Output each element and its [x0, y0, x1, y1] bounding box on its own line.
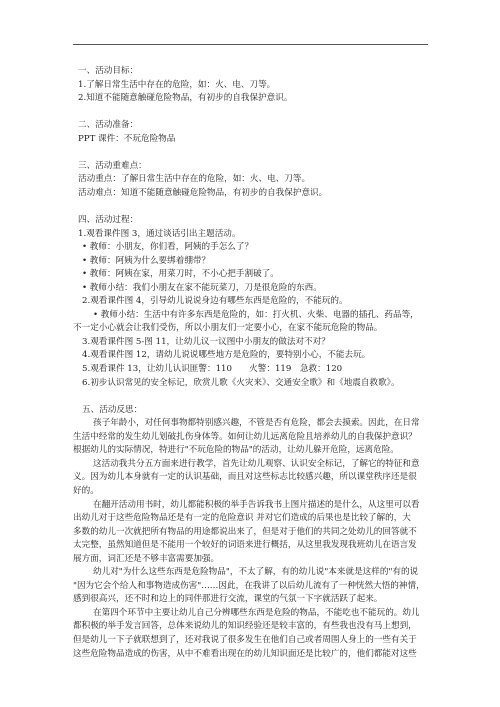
- section-heading-goals: 一、活动目标：: [78, 65, 428, 79]
- goal-line: 2.知道不能随意触碰危险物品，有初步的自我保护意识。: [78, 92, 428, 106]
- reflection-line: 在翻开活动用书时，幼儿都能积极的举手告诉我书上图片描述的是什么，从这里可以看: [78, 499, 428, 513]
- process-line: 5.观看课件 13，让幼儿认识匪警：110 火警：119 急救：120: [78, 363, 428, 377]
- reflection-line: 出幼儿对于这些危险物品还是有一定的危险意识 并对它们造成的后果也是比较了解的，大: [73, 512, 428, 526]
- reflection-line: 这活动我共分五方面来进行教学，首先让幼儿观察、认识安全标记，了解它的特征和意: [78, 458, 428, 472]
- reflection-line: 根据幼儿的实际情况，特进行"不玩危险的物品"的活动，让幼儿躲开危险，远离危险。: [73, 444, 428, 458]
- reflection-line: 但是幼儿一下子就联想到了，还对我说了很多发生在他们自己或者周围人身上的一些有关于: [73, 634, 428, 648]
- header-rule: [73, 44, 428, 45]
- reflection-line: "因为它会个给人和事物造成伤害"……因此，在我讲了以后幼儿流有了一种恍然大悟的神…: [73, 580, 428, 594]
- process-line: 2.观看课件图 4，引导幼儿说说身边有哪些东西是危险的，不能玩的。: [78, 295, 428, 309]
- section-heading-reflection: 五、活动反思：: [78, 404, 428, 418]
- reflection-line: 好的。: [73, 485, 428, 499]
- preparation-line: PPT 课件：不玩危险物品: [78, 133, 428, 147]
- goal-line: 1.了解日常生活中存在的危险，如：火、电、刀等。: [78, 79, 428, 93]
- section-heading-key-points: 三、活动重难点：: [78, 160, 428, 174]
- process-bullet: • 教师：阿姨在家，用菜刀时，不小心把手割破了。: [78, 268, 428, 282]
- reflection-line: 义。因为幼儿本身就有一定的认识基础，而且对这些标志比较感兴趣，所以课堂秩序还是很: [73, 471, 428, 485]
- reflection-line: 在第四个环节中主要让幼儿自己分辨哪些东西是危险的物品，不能吃也不能玩的。幼儿: [78, 607, 428, 621]
- reflection-line: 太完整，虽然知道但是不能用一个较好的词语来进行概括，从这里我发现我班幼儿在语言发: [73, 539, 428, 553]
- process-line: 6.初步认识常见的安全标记，欣赏儿歌《火灾来》、交通安全歌》和《地震自救歌》。: [78, 377, 428, 391]
- reflection-line: 都积极的举手发言回答，总体来说幼儿的知识经验还是较丰富的，有些我也没有马上想到，: [73, 620, 428, 634]
- process-bullet: • 教师：小朋友，你们看，阿姨的手怎么了？: [78, 241, 428, 255]
- reflection-line: 幼儿对"为什么这些东西是危险物品"，不太了解，有的幼儿说"本来就是这样的"有的说: [78, 566, 428, 580]
- process-bullet: • 教师：阿姨为什么要绑着绷带？: [78, 255, 428, 269]
- reflection-line: 孩子年龄小，对任何事物都特别感兴趣，不管是否有危险，都会去摸索。因此，在日常: [78, 417, 428, 431]
- process-bullet: • 教师小结：我们小朋友在家不能玩菜刀，刀是很危险的东西。: [78, 282, 428, 296]
- reflection-line: 多数的幼儿一次就把所有物品的用途都说出来了，但是对于他们的共同之处幼儿的回答就不: [73, 526, 428, 540]
- process-line: 4.观看课件图 12，请幼儿说说哪些地方是危险的，要特别小心，不能去玩。: [78, 349, 428, 363]
- reflection-line: 生活中经常的发生幼儿划破扎伤身体等。如何让幼儿远离危险且培养幼儿的自我保护意识？: [73, 431, 428, 445]
- key-point-line: 活动重点：了解日常生活中存在的危险，如：火、电、刀等。: [78, 173, 428, 187]
- process-bullet: • 教师小结：生活中有许多东西是危险的，如：打火机、火柴、电器的插孔、药品等，: [78, 309, 428, 323]
- process-line: 3.观看课件图 5-图 11，让幼儿议一议图中小朋友的做法对不对？: [78, 336, 428, 350]
- section-heading-process: 四、活动过程：: [78, 214, 428, 228]
- document-body: 一、活动目标： 1.了解日常生活中存在的危险，如：火、电、刀等。 2.知道不能随…: [78, 65, 428, 661]
- process-line: 不一定小心就会让我们受伤，所以小朋友们一定要小心，在家不能玩危险的物品。: [73, 322, 428, 336]
- reflection-line: 展方面，词汇还是不够丰富需要加强。: [73, 553, 428, 567]
- process-line: 1.观看课件图 3，通过谈话引出主题活动。: [78, 228, 428, 242]
- reflection-line: 这些危险物品造成的伤害，从中不难看出现在的幼儿知识面还是比较广的，他们都能对这些: [73, 648, 428, 662]
- key-point-line: 活动难点：知道不能随意触碰危险物品，有初步的自我保护意识。: [78, 187, 428, 201]
- section-heading-preparation: 二、活动准备：: [78, 119, 428, 133]
- reflection-line: 感到很高兴，还不时和边上的同伴那进行交流，课堂的气氛一下字就活跃了起来。: [73, 593, 428, 607]
